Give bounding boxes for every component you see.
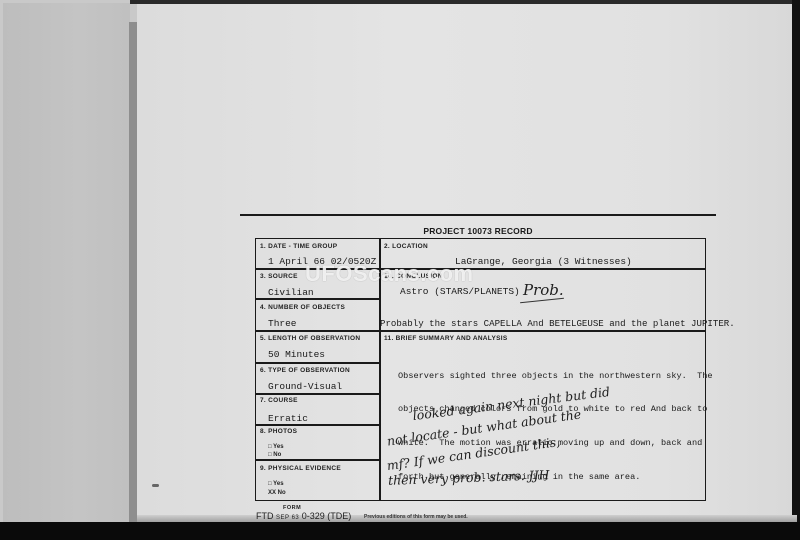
photos-label: 8. PHOTOS <box>260 428 297 435</box>
summary-line: Observers sighted three objects in the n… <box>398 371 704 382</box>
physical-evidence-label: 9. PHYSICAL EVIDENCE <box>260 465 341 472</box>
summary-label: 11. BRIEF SUMMARY AND ANALYSIS <box>384 335 508 342</box>
underlying-sheet <box>3 3 130 523</box>
row-divider <box>255 424 380 426</box>
ink-smudge <box>152 484 159 487</box>
binder-edge <box>129 22 137 522</box>
handwritten-prob-note: Prob. <box>523 281 564 299</box>
form-title: PROJECT 10073 RECORD <box>240 226 716 236</box>
type-of-observation-value: Ground-Visual <box>268 381 342 392</box>
row-divider <box>255 459 380 461</box>
photos-no-checkbox: □ No <box>268 452 281 458</box>
footer-note: Previous editions of this form may be us… <box>364 514 468 520</box>
header-rule <box>240 214 716 216</box>
footer-number: 0-329 (TDE) <box>302 511 352 521</box>
scan-bottom-edge <box>0 522 800 540</box>
row-divider <box>255 393 380 395</box>
row-divider <box>255 330 706 332</box>
conclusion-value: Astro (STARS/PLANETS) <box>400 286 520 297</box>
number-of-objects-value: Three <box>268 318 297 329</box>
footer-form-id: FTD SEP 63 0-329 (TDE) <box>256 511 351 521</box>
length-of-observation-label: 5. LENGTH OF OBSERVATION <box>260 335 360 342</box>
scanned-document: PROJECT 10073 RECORD 1. DATE - TIME GROU… <box>0 0 800 540</box>
footer-prefix: FTD <box>256 511 274 521</box>
row-divider <box>255 362 380 364</box>
type-of-observation-label: 6. TYPE OF OBSERVATION <box>260 367 350 374</box>
physical-evidence-yes-checkbox: □ Yes <box>268 481 284 487</box>
course-label: 7. COURSE <box>260 397 298 404</box>
row-divider <box>255 298 380 300</box>
number-of-objects-label: 4. NUMBER OF OBJECTS <box>260 304 345 311</box>
location-label: 2. LOCATION <box>384 243 428 250</box>
course-value: Erratic <box>268 413 308 424</box>
location-value: LaGrange, Georgia (3 Witnesses) <box>455 256 632 267</box>
scan-right-edge <box>792 0 800 540</box>
conclusion-detail: Probably the stars CAPELLA And BETELGEUS… <box>380 318 735 329</box>
source-label: 3. SOURCE <box>260 273 298 280</box>
watermark: UFOScans.com <box>305 261 474 287</box>
physical-evidence-no-checkbox: XX No <box>268 490 286 496</box>
source-value: Civilian <box>268 287 314 298</box>
length-of-observation-value: 50 Minutes <box>268 349 325 360</box>
photos-yes-checkbox: □ Yes <box>268 444 284 450</box>
date-time-label: 1. DATE - TIME GROUP <box>260 243 337 250</box>
footer-date: SEP 63 <box>276 515 299 521</box>
